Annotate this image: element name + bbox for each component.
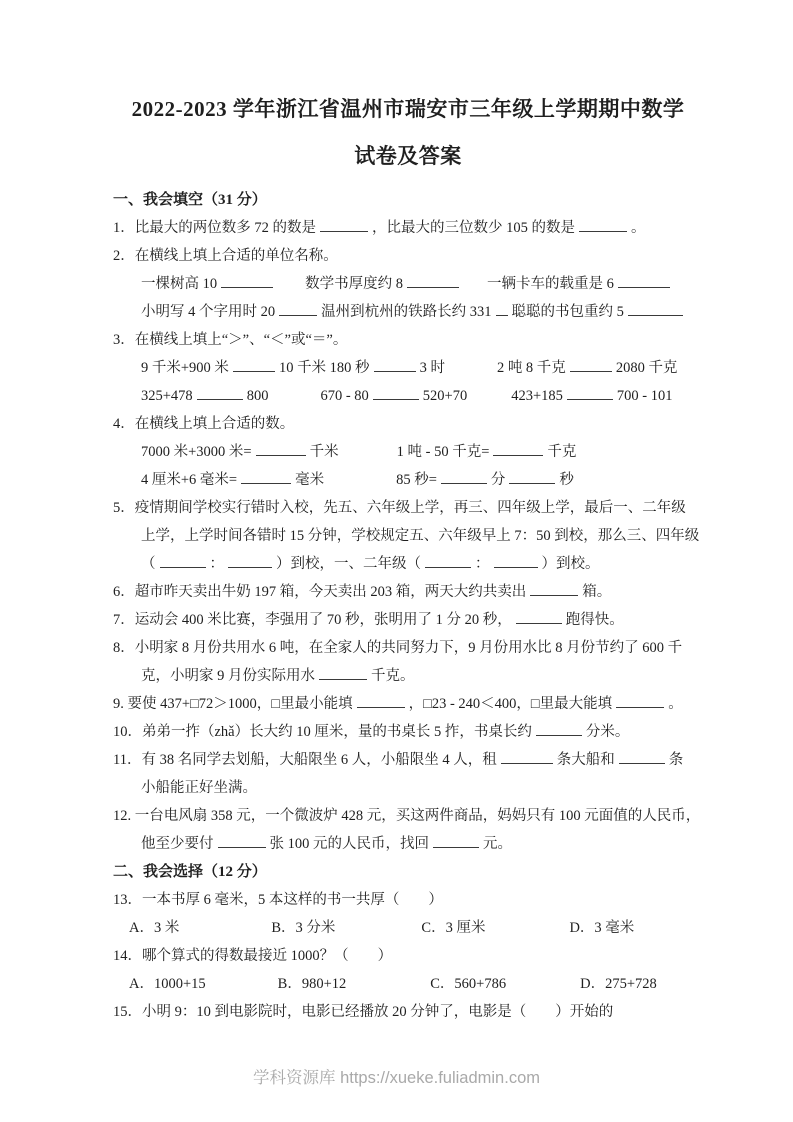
spacer: [445, 371, 497, 372]
text-segment: 3．在横线上填上“＞”、“＜”或“＝”。: [113, 332, 347, 348]
text-segment: 箱。: [582, 584, 611, 600]
text-segment: ，□23 - 240＜400，□里最大能填: [409, 696, 613, 712]
section-heading-1: 一、我会填空（31 分）: [113, 186, 703, 214]
question-4-row-1: 7000 米+3000 米=千米1 吨 - 50 千克=千克: [113, 438, 703, 466]
text-segment: 5．疫情期间学校实行错时入校，先五、六年级上学，再三、四年级上学，最后一、二年级: [113, 500, 686, 516]
question-5-line-3: （：）到校，一、二年级（：）到校。: [113, 550, 703, 578]
question-4-row-2: 4 厘米+6 毫米=毫米85 秒=分秒: [113, 466, 703, 494]
text-segment: 聪聪的书包重约 5: [512, 304, 624, 320]
blank-underline: [530, 582, 578, 596]
text-segment: 一、我会填空（31 分）: [113, 192, 267, 208]
blank-underline: [320, 218, 368, 232]
blank-underline: [425, 554, 471, 568]
question-7: 7．运动会 400 米比赛，李强用了 70 秒，张明用了 1 分 20 秒，跑得…: [113, 606, 703, 634]
blank-underline: [373, 386, 419, 400]
question-2-row-1: 一棵树高 10数学书厚度约 8一辆卡车的载重是 6: [113, 270, 703, 298]
text-segment: 秒: [559, 472, 574, 488]
text-segment: 670 - 80: [320, 388, 368, 404]
title-line-1: 2022-2023 学年浙江省温州市瑞安市三年级上学期期中数学: [113, 86, 703, 133]
text-segment: 12. 一台电风扇 358 元，一个微波炉 428 元，买这两件商品，妈妈只有 …: [113, 808, 700, 824]
text-segment: 700 - 101: [617, 388, 673, 404]
question-3-row-1: 9 千米+900 米10 千米 180 秒3 时2 吨 8 千克2080 千克: [113, 354, 703, 382]
text-segment: ）到校。: [542, 556, 600, 572]
text-segment: 毫米: [295, 472, 324, 488]
spacer: [324, 483, 396, 484]
text-segment: 温州到杭州的铁路长约 331: [321, 304, 491, 320]
text-segment: 800: [247, 388, 269, 404]
spacer: [463, 287, 487, 288]
question-12-line-1: 12. 一台电风扇 358 元，一个微波炉 428 元，买这两件商品，妈妈只有 …: [113, 802, 703, 830]
text-segment: 他至少要付: [141, 836, 214, 852]
text-segment: 1 吨 - 50 千克=: [397, 444, 490, 460]
question-2: 2．在横线上填上合适的单位名称。: [113, 242, 703, 270]
blank-underline: [357, 694, 405, 708]
question-10: 10．弟弟一拃（zhǎ）长大约 10 厘米，量的书桌长 5 拃，书桌长约分米。: [113, 718, 703, 746]
question-8-line-2: 克，小明家 9 月份实际用水千克。: [113, 662, 703, 690]
blank-underline: [160, 554, 206, 568]
text-segment: 6．超市昨天卖出牛奶 197 箱，今天卖出 203 箱，两天大约共卖出: [113, 584, 526, 600]
blank-underline: [509, 470, 555, 484]
text-segment: ）到校，一、二年级（: [276, 556, 421, 572]
question-11-line-2: 小船能正好坐满。: [113, 774, 703, 802]
text-segment: 2080 千克: [616, 360, 678, 376]
blank-underline: [441, 470, 487, 484]
text-segment: 分: [491, 472, 506, 488]
blank-underline: [536, 722, 582, 736]
text-segment: 10 千米 180 秒: [279, 360, 370, 376]
exam-page: 2022-2023 学年浙江省温州市瑞安市三年级上学期期中数学 试卷及答案 一、…: [0, 0, 793, 1122]
question-5-line-1: 5．疫情期间学校实行错时入校，先五、六年级上学，再三、四年级上学，最后一、二年级: [113, 494, 703, 522]
text-segment: D．3 毫米: [569, 920, 634, 936]
text-segment: 张 100 元的人民币，找回: [270, 836, 430, 852]
blank-underline: [241, 470, 291, 484]
blank-underline: [501, 750, 553, 764]
text-segment: 14．哪个算式的得数最接近 1000？（ ）: [113, 948, 392, 964]
text-segment: D．275+728: [580, 976, 657, 992]
text-segment: 10．弟弟一拃（zhǎ）长大约 10 厘米，量的书桌长 5 拃，书桌长约: [113, 724, 532, 740]
blank-underline: [433, 834, 479, 848]
question-3-row-2: 325+478800670 - 80520+70423+185700 - 101: [113, 382, 703, 410]
text-segment: 11．有 38 名同学去划船，大船限坐 6 人，小船限坐 4 人，租: [113, 752, 497, 768]
text-segment: 克，小明家 9 月份实际用水: [141, 668, 315, 684]
spacer: [335, 931, 421, 932]
text-segment: 2．在横线上填上合适的单位名称。: [113, 248, 338, 264]
spacer: [268, 399, 320, 400]
blank-underline: [493, 442, 543, 456]
blank-underline: [228, 554, 272, 568]
text-segment: 元。: [483, 836, 512, 852]
blank-underline: [516, 610, 562, 624]
text-segment: 一辆卡车的载重是 6: [487, 276, 614, 292]
text-segment: 7．运动会 400 米比赛，李强用了 70 秒，张明用了 1 分 20 秒，: [113, 612, 512, 628]
question-11-line-1: 11．有 38 名同学去划船，大船限坐 6 人，小船限坐 4 人，租条大船和条: [113, 746, 703, 774]
blank-underline: [407, 274, 459, 288]
text-segment: C．560+786: [430, 976, 506, 992]
footer-watermark: 学科资源库 https://xueke.fuliadmin.com: [0, 1064, 793, 1088]
spacer: [277, 287, 305, 288]
text-segment: ：: [475, 556, 490, 572]
spacer: [179, 931, 271, 932]
blank-underline: [279, 302, 317, 316]
text-segment: （: [141, 556, 156, 572]
text-segment: A．3 米: [129, 920, 179, 936]
document-lines: 一、我会填空（31 分）1．比最大的两位数多 72 的数是，比最大的三位数少 1…: [113, 186, 703, 1026]
text-segment: 跑得快。: [566, 612, 624, 628]
blank-underline: [319, 666, 367, 680]
text-segment: 325+478: [141, 388, 193, 404]
text-segment: 4．在横线上填上合适的数。: [113, 416, 294, 432]
text-segment: 423+185: [511, 388, 563, 404]
text-segment: 1．比最大的两位数多 72 的数是: [113, 220, 316, 236]
section-heading-2: 二、我会选择（12 分）: [113, 858, 703, 886]
text-segment: 上学，上学时间各错时 15 分钟，学校规定五、六年级早上 7：50 到校，那么三…: [141, 528, 699, 544]
exam-content: 2022-2023 学年浙江省温州市瑞安市三年级上学期期中数学 试卷及答案 一、…: [0, 0, 793, 1026]
blank-underline: [616, 694, 664, 708]
blank-underline: [221, 274, 273, 288]
question-6: 6．超市昨天卖出牛奶 197 箱，今天卖出 203 箱，两天大约共卖出箱。: [113, 578, 703, 606]
question-2-row-2: 小明写 4 个字用时 20温州到杭州的铁路长约 331聪聪的书包重约 5: [113, 298, 703, 326]
question-3: 3．在横线上填上“＞”、“＜”或“＝”。: [113, 326, 703, 354]
text-segment: 15．小明 9：10 到电影院时，电影已经播放 20 分钟了，电影是（ ）开始的: [113, 1004, 613, 1020]
text-segment: C．3 厘米: [421, 920, 485, 936]
text-segment: 一棵树高 10: [141, 276, 217, 292]
text-segment: 85 秒=: [396, 472, 437, 488]
spacer: [339, 455, 397, 456]
text-segment: 千米: [310, 444, 339, 460]
text-segment: 小船能正好坐满。: [141, 780, 257, 796]
text-segment: A．1000+15: [129, 976, 206, 992]
text-segment: 3 时: [420, 360, 445, 376]
question-1: 1．比最大的两位数多 72 的数是，比最大的三位数少 105 的数是。: [113, 214, 703, 242]
text-segment: 。: [631, 220, 646, 236]
text-segment: 。: [668, 696, 683, 712]
text-segment: 4 厘米+6 毫米=: [141, 472, 237, 488]
text-segment: ，比最大的三位数少 105 的数是: [372, 220, 575, 236]
title-line-2: 试卷及答案: [113, 133, 703, 180]
blank-underline: [628, 302, 683, 316]
text-segment: 千克: [547, 444, 576, 460]
text-segment: 数学书厚度约 8: [305, 276, 403, 292]
blank-underline: [218, 834, 266, 848]
text-segment: 条: [669, 752, 684, 768]
question-13: 13．一本书厚 6 毫米，5 本这样的书一共厚（ ）: [113, 886, 703, 914]
blank-underline: [256, 442, 306, 456]
blank-underline: [197, 386, 243, 400]
text-segment: 二、我会选择（12 分）: [113, 864, 267, 880]
blank-underline: [567, 386, 613, 400]
blank-underline: [494, 554, 538, 568]
spacer: [467, 399, 511, 400]
question-12-line-2: 他至少要付张 100 元的人民币，找回元。: [113, 830, 703, 858]
spacer: [485, 931, 569, 932]
text-segment: B．980+12: [278, 976, 347, 992]
question-9: 9. 要使 437+□72＞1000，□里最小能填，□23 - 240＜400，…: [113, 690, 703, 718]
question-13-options: A．3 米B．3 分米C．3 厘米D．3 毫米: [113, 914, 703, 942]
text-segment: 9. 要使 437+□72＞1000，□里最小能填: [113, 696, 353, 712]
blank-underline: [570, 358, 612, 372]
text-segment: 条大船和: [557, 752, 615, 768]
blank-underline: [374, 358, 416, 372]
blank-underline: [579, 218, 627, 232]
blank-underline: [619, 750, 665, 764]
spacer: [506, 987, 580, 988]
text-segment: 9 千米+900 米: [141, 360, 229, 376]
text-segment: 分米。: [586, 724, 630, 740]
spacer: [206, 987, 278, 988]
text-segment: 8．小明家 8 月份共用水 6 吨，在全家人的共同努力下，9 月份用水比 8 月…: [113, 640, 682, 656]
text-segment: B．3 分米: [271, 920, 335, 936]
text-segment: 520+70: [423, 388, 467, 404]
text-segment: 小明写 4 个字用时 20: [141, 304, 275, 320]
question-4: 4．在横线上填上合适的数。: [113, 410, 703, 438]
question-5-line-2: 上学，上学时间各错时 15 分钟，学校规定五、六年级早上 7：50 到校，那么三…: [113, 522, 703, 550]
question-8-line-1: 8．小明家 8 月份共用水 6 吨，在全家人的共同努力下，9 月份用水比 8 月…: [113, 634, 703, 662]
text-segment: 千克。: [371, 668, 415, 684]
text-segment: 2 吨 8 千克: [497, 360, 566, 376]
blank-underline: [233, 358, 275, 372]
document-title: 2022-2023 学年浙江省温州市瑞安市三年级上学期期中数学 试卷及答案: [113, 86, 703, 180]
text-segment: 13．一本书厚 6 毫米，5 本这样的书一共厚（ ）: [113, 892, 443, 908]
blank-underline: [496, 302, 508, 316]
text-segment: 7000 米+3000 米=: [141, 444, 252, 460]
question-14: 14．哪个算式的得数最接近 1000？（ ）: [113, 942, 703, 970]
text-segment: ：: [210, 556, 225, 572]
blank-underline: [618, 274, 670, 288]
spacer: [346, 987, 430, 988]
question-15: 15．小明 9：10 到电影院时，电影已经播放 20 分钟了，电影是（ ）开始的: [113, 998, 703, 1026]
question-14-options: A．1000+15B．980+12C．560+786D．275+728: [113, 970, 703, 998]
